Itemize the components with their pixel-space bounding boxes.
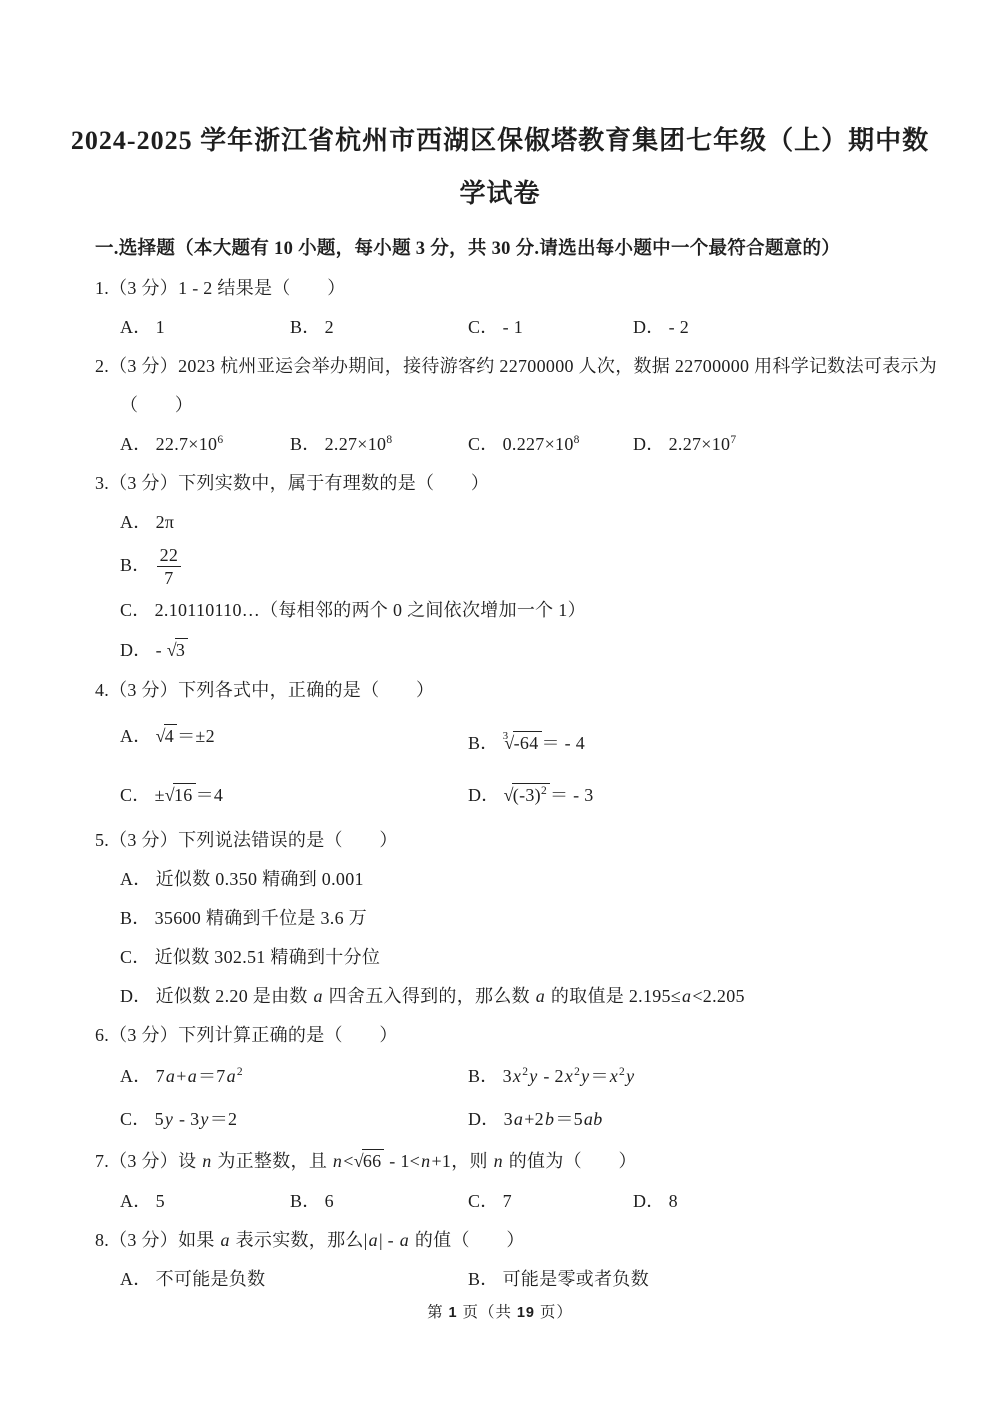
option-a-text: 7a+a＝7a2 — [156, 1066, 243, 1086]
option-b-text: 6 — [325, 1191, 334, 1211]
option-b: B．2 — [290, 308, 468, 347]
option-b: B．35600 精确到千位是 3.6 万 — [120, 899, 905, 938]
option-d-text: - √3 — [156, 640, 189, 660]
option-b-text: 2 — [325, 317, 334, 337]
option-c: C．±√16＝4 — [120, 769, 468, 821]
option-d: D．近似数 2.20 是由数 a 四舍五入得到的，那么数 a 的取值是 2.19… — [120, 977, 905, 1016]
question-6-stem: 6.（3 分）下列计算正确的是（ ） — [95, 1016, 905, 1055]
option-c-text: 5y - 3y＝2 — [155, 1109, 238, 1129]
option-c: C．0.227×108 — [468, 425, 633, 464]
question-4-options: A．√4＝±2 B．3√-64＝ - 4 C．±√16＝4 D．√(-3)2＝ … — [120, 710, 905, 821]
option-d: D．2.27×107 — [633, 425, 905, 464]
option-b-text: 3√-64＝ - 4 — [503, 733, 585, 753]
option-d: D．√(-3)2＝ - 3 — [468, 769, 905, 821]
exam-title-line1: 2024-2025 学年浙江省杭州市西湖区保俶塔教育集团七年级（上）期中数 — [0, 114, 1000, 167]
option-a-text: √4＝±2 — [156, 726, 215, 746]
option-a: A．22.7×106 — [120, 425, 290, 464]
question-2-options: A．22.7×106 B．2.27×108 C．0.227×108 D．2.27… — [120, 425, 905, 464]
option-b-text: 35600 精确到千位是 3.6 万 — [155, 908, 367, 928]
option-a: A．√4＝±2 — [120, 710, 468, 769]
option-a-text: 近似数 0.350 精确到 0.001 — [156, 869, 364, 889]
question-7: 7.（3 分）设 n 为正整数，且 n<√66 - 1<n+1，则 n 的值为（… — [95, 1141, 905, 1221]
question-2: 2.（3 分）2023 杭州亚运会举办期间，接待游客约 22700000 人次，… — [95, 347, 905, 464]
question-3: 3.（3 分）下列实数中，属于有理数的是（ ） A．2π B．227 C．2.1… — [95, 464, 905, 671]
footer-prefix: 第 — [427, 1304, 448, 1321]
exam-title-line2: 学试卷 — [0, 167, 1000, 220]
option-c-text: 7 — [503, 1191, 512, 1211]
option-c: C．近似数 302.51 精确到十分位 — [120, 938, 905, 977]
option-d: D．3a+2b＝5ab — [468, 1098, 905, 1141]
option-a-text: 不可能是负数 — [156, 1269, 266, 1289]
question-8-stem: 8.（3 分）如果 a 表示实数，那么|a| - a 的值（ ） — [95, 1221, 905, 1260]
question-4: 4.（3 分）下列各式中，正确的是（ ） A．√4＝±2 B．3√-64＝ - … — [95, 671, 905, 821]
question-1-options: A．1 B．2 C．- 1 D．- 2 — [120, 308, 905, 347]
option-d: D．- 2 — [633, 308, 905, 347]
question-5-stem: 5.（3 分）下列说法错误的是（ ） — [95, 821, 905, 860]
option-b: B．6 — [290, 1182, 468, 1221]
question-6-options: A．7a+a＝7a2 B．3x2y - 2x2y＝x2y C．5y - 3y＝2… — [120, 1055, 905, 1141]
option-d: D．- √3 — [120, 630, 905, 671]
option-d: D．8 — [633, 1182, 905, 1221]
question-8-options: A．不可能是负数 B．可能是零或者负数 — [120, 1260, 905, 1299]
question-4-stem: 4.（3 分）下列各式中，正确的是（ ） — [95, 671, 905, 710]
option-a-text: 22.7×106 — [156, 434, 224, 454]
option-b-text: 2.27×108 — [325, 434, 393, 454]
option-d-text: - 2 — [669, 317, 689, 337]
option-b: B．2.27×108 — [290, 425, 468, 464]
option-c: C．7 — [468, 1182, 633, 1221]
exam-page: 2024-2025 学年浙江省杭州市西湖区保俶塔教育集团七年级（上）期中数 学试… — [0, 0, 1000, 1414]
option-a: A．不可能是负数 — [120, 1260, 468, 1299]
option-d-text: 8 — [669, 1191, 678, 1211]
option-c-text: 近似数 302.51 精确到十分位 — [155, 947, 381, 967]
question-5: 5.（3 分）下列说法错误的是（ ） A．近似数 0.350 精确到 0.001… — [95, 821, 905, 1016]
option-d-text: 2.27×107 — [669, 434, 737, 454]
footer-page-number: 1 — [449, 1305, 458, 1321]
footer-total-pages: 19 — [517, 1305, 535, 1321]
option-c-text: 2.10110110…（每相邻的两个 0 之间依次增加一个 1） — [155, 600, 586, 620]
option-c: C．5y - 3y＝2 — [120, 1098, 468, 1141]
option-a: A．近似数 0.350 精确到 0.001 — [120, 860, 905, 899]
question-1: 1.（3 分）1 - 2 结果是（ ） A．1 B．2 C．- 1 D．- 2 — [95, 269, 905, 347]
option-b-text: 227 — [155, 555, 184, 575]
option-a: A．1 — [120, 308, 290, 347]
question-6: 6.（3 分）下列计算正确的是（ ） A．7a+a＝7a2 B．3x2y - 2… — [95, 1016, 905, 1141]
section-1-header: 一.选择题（本大题有 10 小题，每小题 3 分，共 30 分.请选出每小题中一… — [95, 230, 905, 269]
footer-suffix: 页） — [535, 1304, 573, 1321]
option-c-text: ±√16＝4 — [155, 785, 224, 805]
option-c-text: - 1 — [503, 317, 523, 337]
option-c-text: 0.227×108 — [503, 434, 580, 454]
option-b-text: 可能是零或者负数 — [503, 1269, 649, 1289]
option-a-text: 2π — [156, 512, 175, 532]
footer-mid: 页（共 — [458, 1304, 517, 1321]
exam-body: 一.选择题（本大题有 10 小题，每小题 3 分，共 30 分.请选出每小题中一… — [0, 230, 1000, 1299]
option-a: A．5 — [120, 1182, 290, 1221]
option-d-text: 近似数 2.20 是由数 a 四舍五入得到的，那么数 a 的取值是 2.195≤… — [156, 986, 745, 1006]
option-b-text: 3x2y - 2x2y＝x2y — [503, 1066, 636, 1086]
option-a-text: 5 — [156, 1191, 165, 1211]
option-b: B．3x2y - 2x2y＝x2y — [468, 1055, 905, 1098]
question-8: 8.（3 分）如果 a 表示实数，那么|a| - a 的值（ ） A．不可能是负… — [95, 1221, 905, 1299]
option-a: A．2π — [120, 503, 905, 542]
option-c: C．2.10110110…（每相邻的两个 0 之间依次增加一个 1） — [120, 591, 905, 630]
question-1-stem: 1.（3 分）1 - 2 结果是（ ） — [95, 269, 905, 308]
question-7-stem: 7.（3 分）设 n 为正整数，且 n<√66 - 1<n+1，则 n 的值为（… — [95, 1141, 905, 1182]
question-2-stem-line2: （ ） — [120, 386, 905, 425]
page-footer: 第 1 页（共 19 页） — [0, 1300, 1000, 1322]
exam-title: 2024-2025 学年浙江省杭州市西湖区保俶塔教育集团七年级（上）期中数 学试… — [0, 0, 1000, 220]
option-b: B．227 — [120, 542, 905, 591]
option-a-text: 1 — [156, 317, 165, 337]
question-7-options: A．5 B．6 C．7 D．8 — [120, 1182, 905, 1221]
option-a: A．7a+a＝7a2 — [120, 1055, 468, 1098]
option-b: B．可能是零或者负数 — [468, 1260, 905, 1299]
option-b: B．3√-64＝ - 4 — [468, 710, 905, 769]
question-3-stem: 3.（3 分）下列实数中，属于有理数的是（ ） — [95, 464, 905, 503]
option-c: C．- 1 — [468, 308, 633, 347]
option-d-text: √(-3)2＝ - 3 — [504, 785, 594, 805]
option-d-text: 3a+2b＝5ab — [504, 1109, 604, 1129]
question-2-stem-line1: 2.（3 分）2023 杭州亚运会举办期间，接待游客约 22700000 人次，… — [95, 347, 905, 386]
